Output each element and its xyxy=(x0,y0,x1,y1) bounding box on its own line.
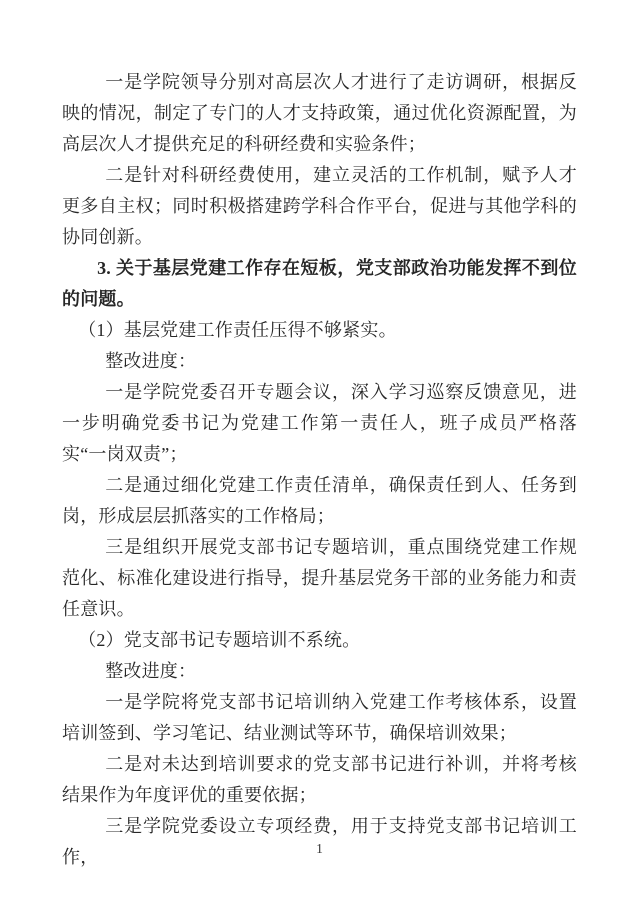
subitem-1-title: （1）基层党建工作责任压得不够紧实。 xyxy=(62,315,577,346)
paragraph-progress-1-measure-1: 一是学院党委召开专题会议，深入学习巡察反馈意见，进一步明确党委书记为党建工作第一… xyxy=(62,377,577,470)
subitem-2-title: （2）党支部书记专题培训不系统。 xyxy=(62,625,577,656)
document-body: 一是学院领导分别对高层次人才进行了走访调研，根据反映的情况，制定了专门的人才支持… xyxy=(62,67,577,873)
document-page: 一是学院领导分别对高层次人才进行了走访调研，根据反映的情况，制定了专门的人才支持… xyxy=(0,0,639,905)
paragraph-progress-2-measure-2: 二是对未达到培训要求的党支部书记进行补训，并将考核结果作为年度评优的重要依据； xyxy=(62,749,577,811)
progress-label-2: 整改进度： xyxy=(62,656,577,687)
paragraph-progress-2-measure-1: 一是学院将党支部书记培训纳入党建工作考核体系，设置培训签到、学习笔记、结业测试等… xyxy=(62,687,577,749)
paragraph-talent-measure-1: 一是学院领导分别对高层次人才进行了走访调研，根据反映的情况，制定了专门的人才支持… xyxy=(62,67,577,160)
paragraph-progress-1-measure-2: 二是通过细化党建工作责任清单，确保责任到人、任务到岗，形成层层抓落实的工作格局； xyxy=(62,470,577,532)
page-number: 1 xyxy=(0,841,639,857)
section-heading-issue-3: 3. 关于基层党建工作存在短板，党支部政治功能发挥不到位的问题。 xyxy=(62,253,577,315)
paragraph-talent-measure-2: 二是针对科研经费使用，建立灵活的工作机制，赋予人才更多自主权；同时积极搭建跨学科… xyxy=(62,160,577,253)
progress-label-1: 整改进度： xyxy=(62,346,577,377)
paragraph-progress-1-measure-3: 三是组织开展党支部书记专题培训，重点围绕党建工作规范化、标准化建设进行指导，提升… xyxy=(62,532,577,625)
